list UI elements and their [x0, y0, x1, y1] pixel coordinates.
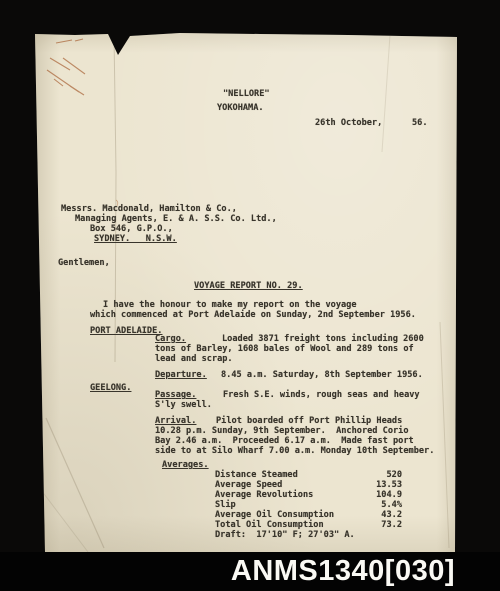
fold-crease-diagonal-1 — [46, 418, 104, 548]
value-number: 13.53 — [350, 480, 402, 490]
passage-line: S'ly swell. — [155, 400, 212, 410]
averages-row-value: 104.9 — [350, 490, 402, 500]
arrival-line: Bay 2.46 a.m. Proceeded 6.17 a.m. Made f… — [155, 436, 414, 446]
recipient-line: Managing Agents, E. & A. S.S. Co. Ltd., — [75, 214, 277, 224]
departure-text: 8.45 a.m. Saturday, 8th September 1956. — [221, 370, 423, 380]
departure-label: Departure. — [155, 370, 207, 380]
section-heading-geelong: GEELONG. — [90, 383, 131, 393]
cargo-label: Cargo. — [155, 334, 186, 344]
passage-label: Passage. — [155, 390, 196, 400]
averages-row-value: 43.2tons — [350, 510, 402, 520]
fold-crease-diagonal-2 — [32, 478, 88, 552]
averages-row-value: 520miles — [350, 470, 402, 480]
averages-row-label: Distance Steamed — [215, 470, 298, 480]
section-heading-port-adelaide: PORT ADELAIDE. — [90, 326, 162, 336]
value-number: 520 — [350, 470, 402, 480]
recipient-city: SYDNEY. N.S.W. — [94, 234, 177, 244]
draft-line: Draft: 17'10" F; 27'03" A. — [215, 530, 355, 540]
scanned-letter-view: "NELLORE" YOKOHAMA. 26th October, 56. Me… — [0, 0, 500, 591]
arrival-line: 10.28 p.m. Sunday, 9th September. Anchor… — [155, 426, 409, 436]
cargo-line: lead and scrap. — [155, 354, 233, 364]
salutation: Gentlemen, — [58, 258, 110, 268]
cargo-line: tons of Barley, 1608 bales of Wool and 2… — [155, 344, 414, 354]
intro-line: which commenced at Port Adelaide on Sund… — [90, 310, 416, 320]
averages-heading: Averages. — [162, 460, 209, 470]
recipient-line: Messrs. Macdonald, Hamilton & Co., — [61, 204, 237, 214]
ship-name: "NELLORE" — [223, 89, 270, 99]
averages-row-label: Average Speed — [215, 480, 282, 490]
arrival-label: Arrival. — [155, 416, 196, 426]
fold-crease-top-right — [382, 35, 390, 152]
report-title: VOYAGE REPORT NO. 29. — [194, 281, 303, 291]
letter-date-year: 56. — [412, 118, 428, 128]
letter-date: 26th October, — [315, 118, 382, 128]
averages-row-label: Average Oil Consumption — [215, 510, 334, 520]
letter-page: "NELLORE" YOKOHAMA. 26th October, 56. Me… — [30, 32, 458, 552]
averages-row-value: 5.4% — [350, 500, 402, 510]
averages-row-value: 73.2" — [350, 520, 402, 530]
fold-crease-right — [440, 322, 449, 548]
value-number: 104.9 — [350, 490, 402, 500]
cargo-line: Loaded 3871 freight tons including 2600 — [222, 334, 424, 344]
arrival-line: Pilot boarded off Port Phillip Heads — [216, 416, 402, 426]
averages-row-label: Average Revolutions — [215, 490, 313, 500]
averages-row-value: 13.53knots — [350, 480, 402, 490]
recipient-line: Box 546, G.P.O., — [90, 224, 173, 234]
rust-stain — [47, 39, 85, 95]
port-of-writing: YOKOHAMA. — [217, 103, 264, 113]
archive-catalog-id: ANMS1340[030] — [231, 555, 455, 588]
archive-id-bar: ANMS1340[030] — [0, 552, 500, 591]
intro-line: I have the honour to make my report on t… — [103, 300, 357, 310]
arrival-line: side to at Silo Wharf 7.00 a.m. Monday 1… — [155, 446, 434, 456]
value-number: 73.2 — [350, 520, 402, 530]
value-number: 43.2 — [350, 510, 402, 520]
passage-line: Fresh S.E. winds, rough seas and heavy — [223, 390, 420, 400]
value-number: 5.4% — [350, 500, 402, 510]
averages-row-label: Total Oil Consumption — [215, 520, 324, 530]
averages-row-label: Slip — [215, 500, 236, 510]
